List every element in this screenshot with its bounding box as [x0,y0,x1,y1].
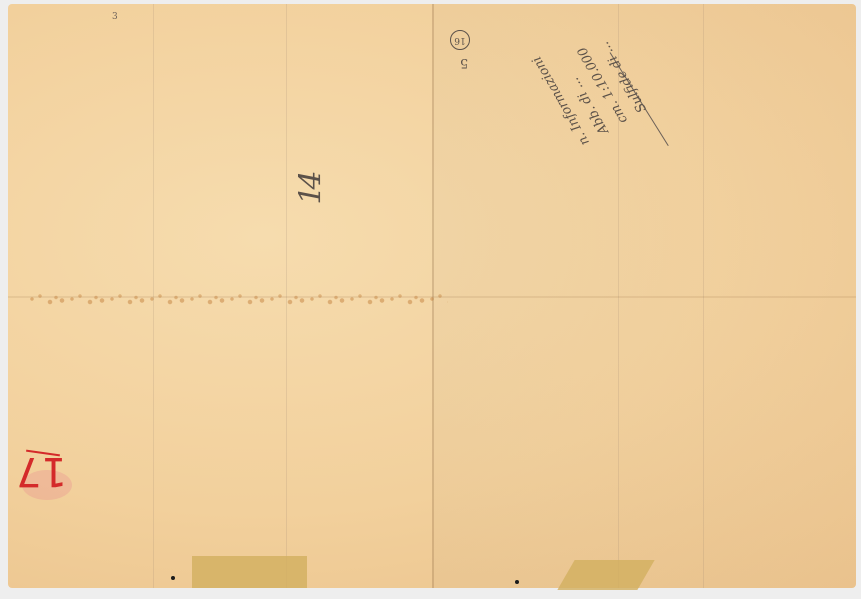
document-sheet [8,4,856,588]
tape-strip [192,556,307,588]
circled-number: 16 [450,30,470,50]
small-pencil-mark: 5 [460,55,468,70]
red-number-mark: 17 [16,448,67,494]
page-number-mark: 14 [294,174,329,204]
corner-mark: 3 [112,12,118,22]
pin-hole [515,580,519,584]
pin-hole [171,576,175,580]
foxing-spots [28,284,448,314]
